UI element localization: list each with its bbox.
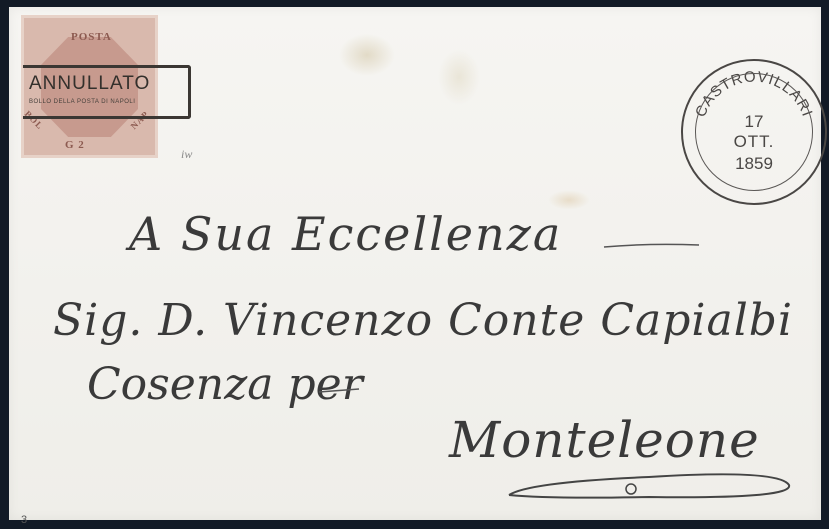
pencil-note: iw <box>181 147 192 162</box>
address-line-destination: Monteleone <box>449 411 760 469</box>
cancellation-text: ANNULLATO <box>29 73 150 95</box>
postmark-day: 17 <box>696 112 812 132</box>
address-line-via: Cosenza per <box>87 359 363 410</box>
postmark-inner-ring: 17 OTT. 1859 <box>695 73 813 191</box>
address-line-recipient: Sig. D. Vincenzo Conte Capialbi <box>53 295 793 346</box>
postmark-month: OTT. <box>696 132 812 152</box>
stamp-value-text: G 2 <box>65 139 85 151</box>
circular-postmark: CASTROVILLARI 17 OTT. 1859 <box>681 59 827 205</box>
postmark-year: 1859 <box>696 154 812 174</box>
address-line-salutation: A Sua Eccellenza <box>129 207 562 261</box>
cancellation-subtext: BOLLO DELLA POSTA DI NAPOLI <box>29 99 135 105</box>
envelope-cover: POSTA G 2 BOL NAP ANNULLATO BOLLO DELLA … <box>9 7 821 520</box>
reference-number: 3 <box>21 514 27 526</box>
stamp-top-text: POSTA <box>71 31 112 43</box>
